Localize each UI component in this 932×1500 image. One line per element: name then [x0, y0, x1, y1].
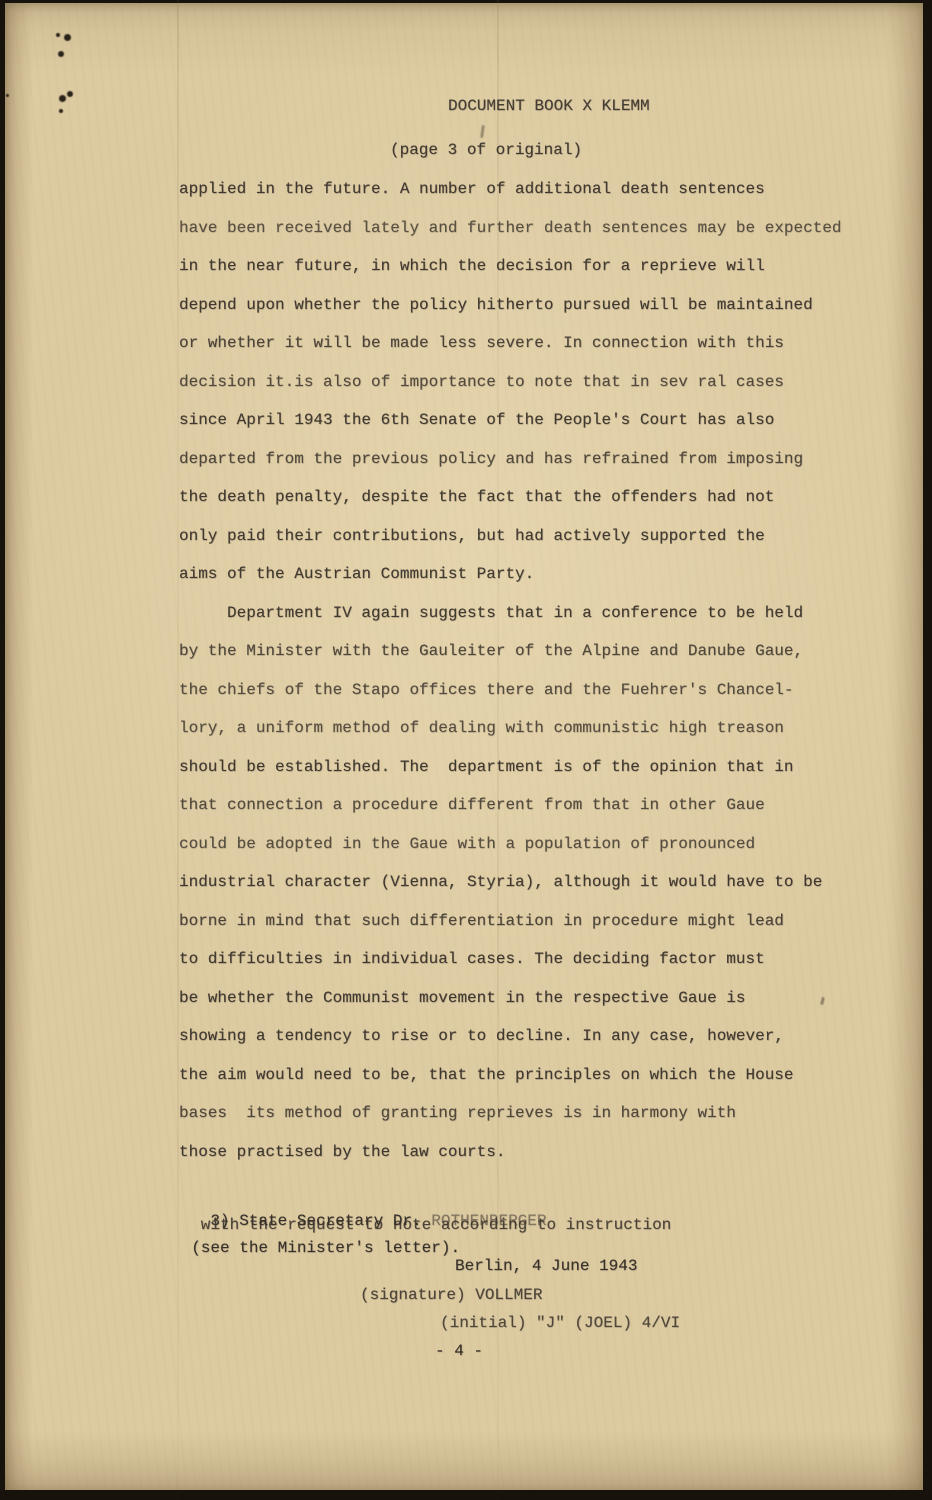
document-title: DOCUMENT BOOK X KLEMM [448, 96, 650, 116]
document-line: have been received lately and further de… [179, 209, 842, 248]
page-number: - 4 - [435, 1341, 483, 1361]
ink-mark [59, 109, 63, 113]
document-line: Department IV again suggests that in a c… [179, 594, 842, 633]
document-line: departed from the previous policy and ha… [179, 440, 842, 479]
document-line: showing a tendency to rise or to decline… [179, 1017, 842, 1056]
document-line: only paid their contributions, but had a… [179, 517, 842, 556]
document-line: industrial character (Vienna, Styria), a… [179, 863, 842, 902]
document-line: lory, a uniform method of dealing with c… [179, 709, 842, 748]
ink-mark [67, 91, 73, 97]
closing-reference-line: (see the Minister's letter). [172, 1238, 460, 1258]
scanned-document-page: DOCUMENT BOOK X KLEMM (page 3 of origina… [0, 0, 932, 1500]
document-line: that connection a procedure different fr… [179, 786, 842, 825]
document-line: in the near future, in which the decisio… [179, 247, 842, 286]
document-line: could be adopted in the Gaue with a popu… [179, 825, 842, 864]
document-line: applied in the future. A number of addit… [179, 170, 842, 209]
document-line: those practised by the law courts. [179, 1133, 842, 1172]
signature-line: (signature) VOLLMER [360, 1285, 542, 1305]
document-line: to difficulties in individual cases. The… [179, 940, 842, 979]
document-line: by the Minister with the Gauleiter of th… [179, 632, 842, 671]
document-line: should be established. The department is… [179, 748, 842, 787]
ink-mark [58, 51, 64, 57]
document-line: borne in mind that such differentiation … [179, 902, 842, 941]
closing-request-line: with the request to note according to in… [172, 1215, 671, 1235]
document-line: the death penalty, despite the fact that… [179, 478, 842, 517]
document-line: aims of the Austrian Communist Party. [179, 555, 842, 594]
document-line: the chiefs of the Stapo offices there an… [179, 671, 842, 710]
document-line: bases its method of granting reprieves i… [179, 1094, 842, 1133]
initial-line: (initial) "J" (JOEL) 4/VI [440, 1313, 680, 1333]
ink-mark [59, 95, 66, 102]
page-reference: (page 3 of original) [390, 140, 582, 160]
document-line: depend upon whether the policy hitherto … [179, 286, 842, 325]
ink-mark [64, 34, 71, 41]
document-line: since April 1943 the 6th Senate of the P… [179, 401, 842, 440]
document-line: be whether the Communist movement in the… [179, 979, 842, 1018]
document-line: the aim would need to be, that the princ… [179, 1056, 842, 1095]
ink-mark [56, 33, 60, 37]
document-line: decision it.is also of importance to not… [179, 363, 842, 402]
document-body: applied in the future. A number of addit… [179, 170, 842, 1171]
ink-mark [6, 94, 9, 97]
document-line: or whether it will be made less severe. … [179, 324, 842, 363]
dateline: Berlin, 4 June 1943 [455, 1256, 637, 1276]
